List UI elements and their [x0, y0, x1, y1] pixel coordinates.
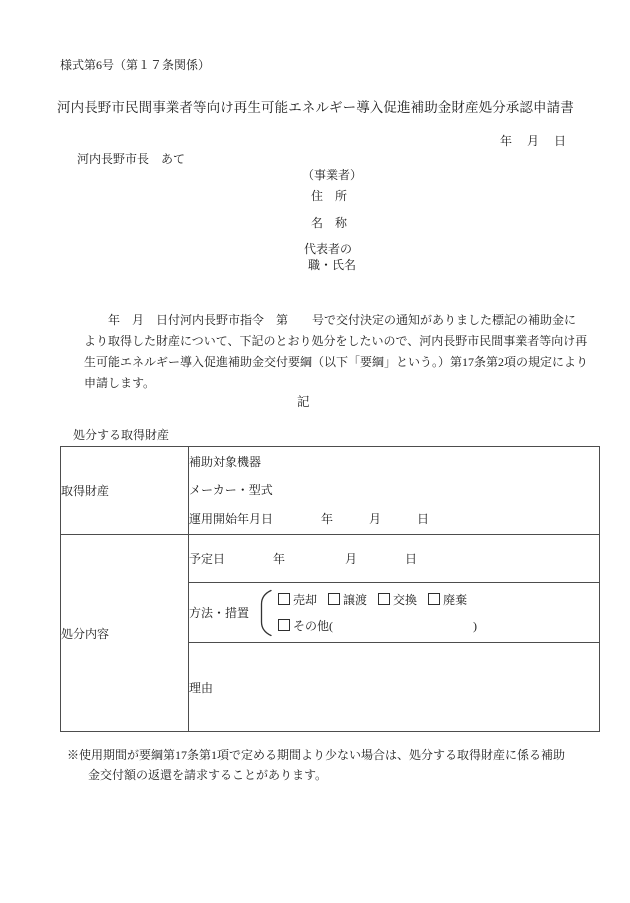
method-option-label: 廃棄 [443, 593, 467, 607]
reason-label: 理由 [189, 681, 213, 695]
checkbox-icon [428, 593, 440, 605]
planned-date-line: 予定日 年 月 日 [189, 552, 417, 566]
table-caption: 処分する取得財産 [73, 428, 169, 443]
body-paragraph: 年 月 日付河内長野市指令 第 号で交付決定の通知がありました標記の補助金に よ… [84, 310, 588, 394]
maker-label: メーカー・型式 [189, 476, 599, 505]
disposal-header-cell: 処分内容 [61, 535, 189, 732]
method-option: 譲渡 [328, 587, 367, 613]
method-option-other: その他() [278, 613, 477, 639]
equipment-label: 補助対象機器 [189, 448, 599, 477]
applicant-rep-label-line1: 代表者の [304, 242, 352, 257]
method-options-row: 売却譲渡交換廃棄 [278, 587, 488, 613]
addressee: 河内長野市長 あて [77, 152, 185, 167]
body-line: より取得した財産について、下記のとおり処分をしたいので、河内長野市民間事業者等向… [84, 331, 588, 352]
acquired-asset-content-cell: 補助対象機器 メーカー・型式 運用開始年月日 年 月 日 [189, 447, 600, 535]
applicant-heading: （事業者） [302, 168, 362, 183]
checkbox-icon [328, 593, 340, 605]
checkbox-icon [278, 619, 290, 631]
method-option: 廃棄 [428, 587, 467, 613]
disposal-table: 取得財産 補助対象機器 メーカー・型式 運用開始年月日 年 月 日 処分内容 予… [60, 446, 600, 732]
form-page: 様式第6号（第１７条関係） 河内長野市民間事業者等向け再生可能エネルギー導入促進… [0, 0, 630, 903]
reason-cell: 理由 [189, 643, 600, 732]
planned-date-cell: 予定日 年 月 日 [189, 535, 600, 583]
checkbox-icon [378, 593, 390, 605]
checkbox-icon [278, 593, 290, 605]
paren-open: ( [329, 619, 333, 633]
body-line: 申請します。 [84, 373, 588, 394]
left-brace-icon [257, 589, 273, 637]
applicant-address-label: 住 所 [311, 189, 347, 204]
method-label: 方法・措置 [189, 604, 249, 621]
date-line: 年 月 日 [500, 134, 568, 149]
acquired-asset-header-cell: 取得財産 [61, 447, 189, 535]
applicant-name-label: 名 称 [311, 216, 347, 231]
page-title: 河内長野市民間事業者等向け再生可能エネルギー導入促進補助金財産処分承認申請書 [57, 100, 574, 117]
applicant-rep-label-line2: 職・氏名 [308, 258, 356, 273]
operation-start-line: 運用開始年月日 年 月 日 [189, 505, 599, 534]
method-option: 売却 [278, 587, 317, 613]
method-cell: 方法・措置 売却譲渡交換廃棄 その他() [189, 583, 600, 643]
method-other-row: その他() [278, 613, 488, 639]
method-option-label: 譲渡 [343, 593, 367, 607]
footnote-line1: ※使用期間が要綱第17条第1項で定める期間より少ない場合は、処分する取得財産に係… [67, 748, 565, 763]
record-marker: 記 [297, 395, 310, 411]
body-line: 年 月 日付河内長野市指令 第 号で交付決定の通知がありました標記の補助金に [84, 310, 588, 331]
method-option-label: 売却 [293, 593, 317, 607]
form-number: 様式第6号（第１７条関係） [60, 58, 210, 73]
footnote-line2: 金交付額の返還を請求することがあります。 [88, 768, 327, 783]
table-row: 取得財産 補助対象機器 メーカー・型式 運用開始年月日 年 月 日 [61, 447, 600, 535]
body-line: 生可能エネルギー導入促進補助金交付要綱（以下「要綱」という。）第17条第2項の規… [84, 352, 588, 373]
paren-close: ) [473, 619, 477, 633]
table-row: 処分内容 予定日 年 月 日 [61, 535, 600, 583]
method-option-label: 交換 [393, 593, 417, 607]
method-other-label: その他 [293, 619, 329, 633]
method-option: 交換 [378, 587, 417, 613]
